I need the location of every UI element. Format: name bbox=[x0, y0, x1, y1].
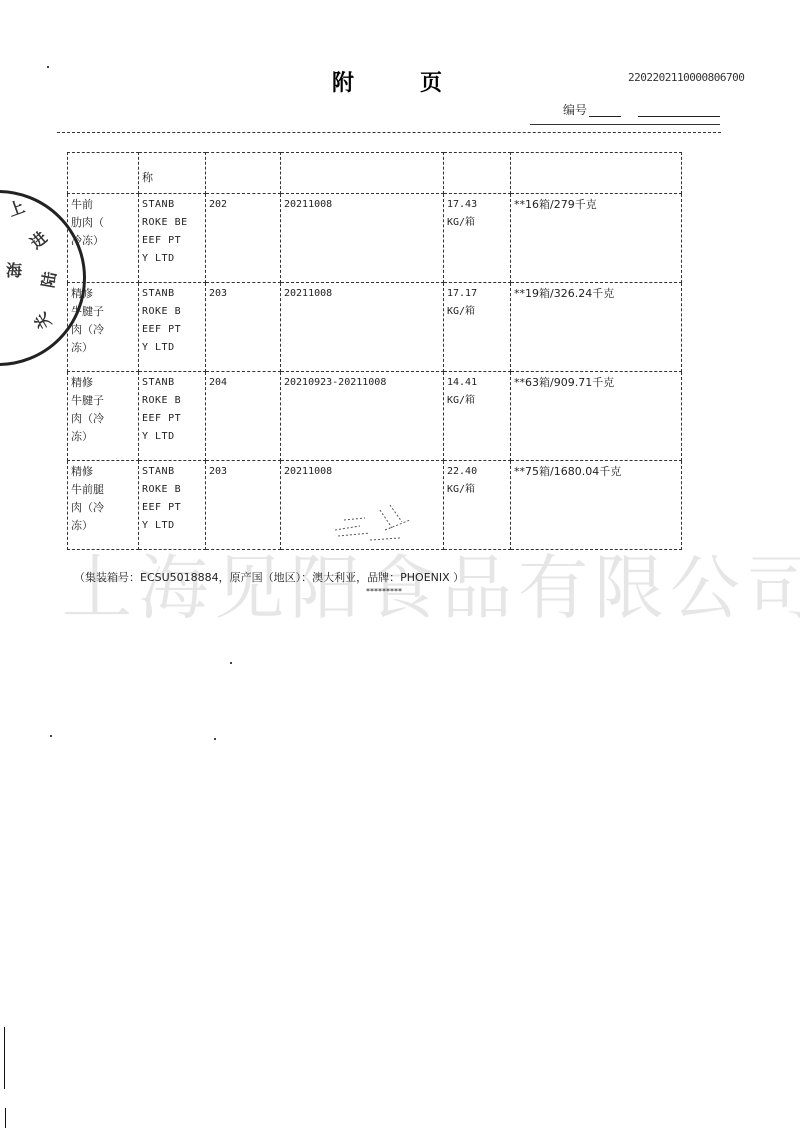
header-cell bbox=[68, 153, 139, 194]
header-cell bbox=[206, 153, 281, 194]
plant-number: 203 bbox=[206, 461, 281, 550]
header-rule bbox=[57, 132, 721, 133]
quantity-weight: **75箱/1680.04千克 bbox=[511, 461, 682, 550]
plant-number: 204 bbox=[206, 372, 281, 461]
document-number: 2202202110000806700 bbox=[628, 71, 744, 84]
goods-name: 精修 牛前腿 肉（冷 冻） bbox=[68, 461, 139, 550]
handwritten-mark bbox=[330, 500, 420, 545]
scan-edge-mark-2 bbox=[5, 1108, 6, 1128]
producer: STANB ROKE B EEF PT Y LTD bbox=[139, 372, 206, 461]
end-marker: ********* bbox=[366, 587, 402, 596]
producer: STANB ROKE BE EEF PT Y LTD bbox=[139, 194, 206, 283]
scan-speck bbox=[50, 735, 52, 737]
table-row: 牛前 肋肉（ 冷冻） STANB ROKE BE EEF PT Y LTD 20… bbox=[68, 194, 682, 283]
header-cell bbox=[444, 153, 511, 194]
page-title-right: 页 bbox=[420, 66, 442, 97]
scan-speck bbox=[214, 738, 216, 740]
stamp-char: 海 bbox=[6, 258, 22, 281]
quantity-weight: **19箱/326.24千克 bbox=[511, 283, 682, 372]
table-row: 精修 牛腱子 肉（冷 冻） STANB ROKE B EEF PT Y LTD … bbox=[68, 372, 682, 461]
scan-speck bbox=[47, 66, 49, 68]
package-spec: 17.17 KG/箱 bbox=[444, 283, 511, 372]
serial-number-label: 编号 bbox=[563, 101, 587, 118]
page-title-left: 附 bbox=[332, 66, 354, 97]
container-origin-note: （集装箱号：ECSU5018884，原产国（地区）：澳大利亚，品牌：PHOENI… bbox=[74, 569, 464, 585]
goods-table: 称 牛前 肋肉（ 冷冻） STANB ROKE BE EEF PT Y LTD … bbox=[67, 152, 682, 550]
package-spec: 17.43 KG/箱 bbox=[444, 194, 511, 283]
production-date: 20211008 bbox=[281, 194, 444, 283]
producer: STANB ROKE B EEF PT Y LTD bbox=[139, 461, 206, 550]
goods-name: 精修 牛腱子 肉（冷 冻） bbox=[68, 372, 139, 461]
header-cell bbox=[511, 153, 682, 194]
producer: STANB ROKE B EEF PT Y LTD bbox=[139, 283, 206, 372]
serial-number-blank bbox=[589, 116, 621, 117]
production-date: 20210923-20211008 bbox=[281, 372, 444, 461]
plant-number: 202 bbox=[206, 194, 281, 283]
table-header-row: 称 bbox=[68, 153, 682, 194]
scan-speck bbox=[230, 662, 232, 664]
table-row: 精修 牛腱子 肉（冷 冻） STANB ROKE B EEF PT Y LTD … bbox=[68, 283, 682, 372]
package-spec: 14.41 KG/箱 bbox=[444, 372, 511, 461]
header-cell bbox=[281, 153, 444, 194]
package-spec: 22.40 KG/箱 bbox=[444, 461, 511, 550]
serial-number-blank-2 bbox=[638, 116, 720, 117]
production-date: 20211008 bbox=[281, 283, 444, 372]
header-cell-name: 称 bbox=[139, 153, 206, 194]
quantity-weight: **16箱/279千克 bbox=[511, 194, 682, 283]
scan-edge-mark bbox=[4, 1027, 5, 1089]
header-rule-upper bbox=[530, 124, 720, 125]
plant-number: 203 bbox=[206, 283, 281, 372]
quantity-weight: **63箱/909.71千克 bbox=[511, 372, 682, 461]
